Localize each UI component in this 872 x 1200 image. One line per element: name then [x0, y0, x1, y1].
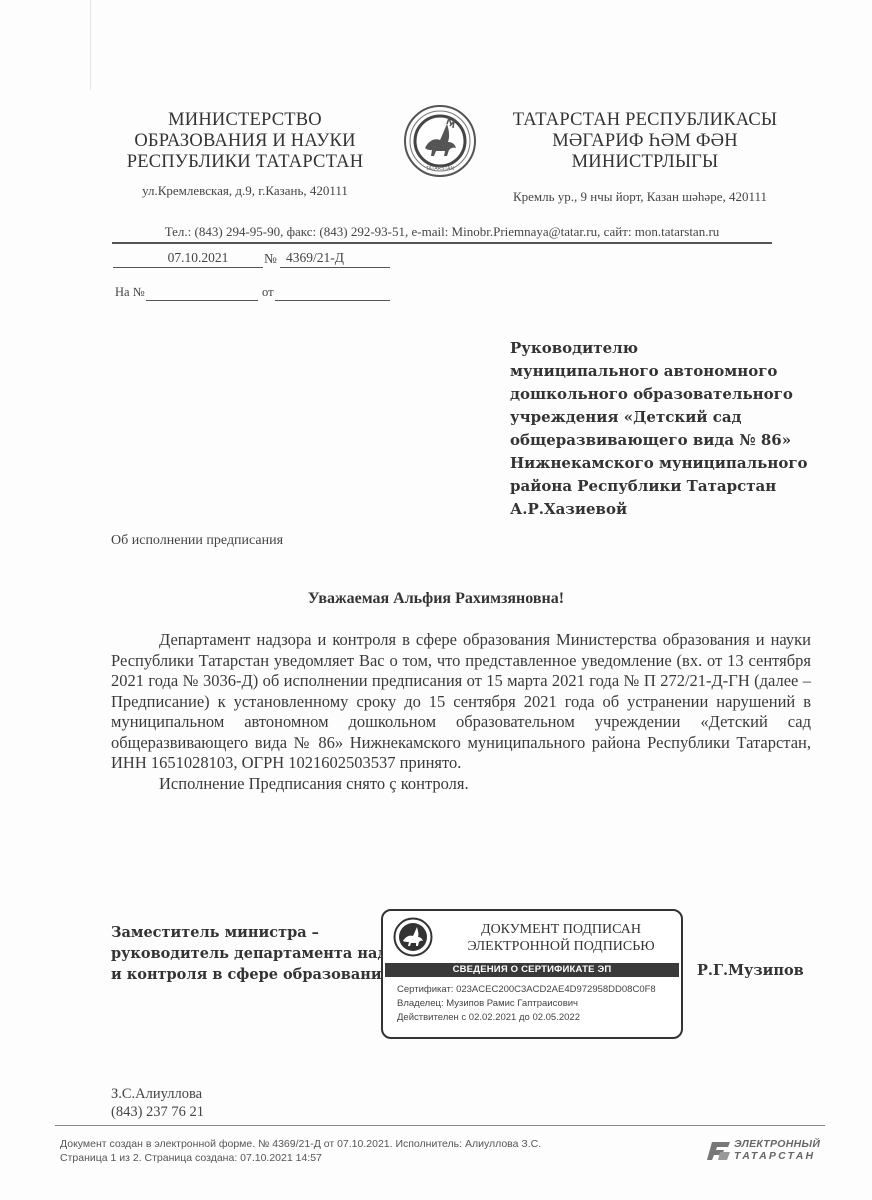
- letter-body: Департамент надзора и контроля в сфере о…: [111, 630, 811, 794]
- body-paragraph: Исполнение Предписания снято ç контроля.: [111, 774, 811, 795]
- letterhead-left-line: РЕСПУБЛИКИ ТАТАРСТАН: [100, 152, 390, 173]
- outgoing-date: 07.10.2021: [113, 250, 263, 268]
- signer-name: Р.Г.Музипов: [697, 962, 804, 979]
- logo-text-line: ТАТАРСТАН: [734, 1150, 820, 1162]
- letter-page: МИНИСТЕРСТВО ОБРАЗОВАНИЯ И НАУКИ РЕСПУБЛ…: [0, 0, 872, 1200]
- letterhead-right-address: Кремль ур., 9 нчы йорт, Казан шәһәре, 42…: [480, 189, 800, 205]
- certificate-number: Сертификат: 023ACEC200C3ACD2AE4D972958DD…: [397, 983, 682, 997]
- addressee-line: муниципального автономного: [510, 360, 820, 383]
- footer-line-page: Страница 1 из 2. Страница создана: 07.10…: [60, 1151, 541, 1165]
- certificate-validity: Действителен с 02.02.2021 до 02.05.2022: [397, 1011, 682, 1025]
- letterhead-left-address: ул.Кремлевская, д.9, г.Казань, 420111: [100, 183, 390, 199]
- signer-title-line: руководитель департамента надзор: [111, 943, 416, 964]
- addressee-line: дошкольного образовательного: [510, 383, 820, 406]
- letterhead-right: ТАТАРСТАН РЕСПУБЛИКАСЫ МӘГАРИФ ҺӘМ ФӘН М…: [490, 110, 800, 173]
- signer-title-line: Заместитель министра –: [111, 922, 416, 943]
- outgoing-number-label: №: [264, 251, 277, 267]
- e-signature-stamp: ДОКУМЕНТ ПОДПИСАН ЭЛЕКТРОННОЙ ПОДПИСЬЮ С…: [381, 909, 683, 1039]
- footer-divider: [55, 1125, 825, 1126]
- logo-text-line: ЭЛЕКТРОННЫЙ: [734, 1138, 820, 1150]
- reply-from-label: от: [262, 285, 274, 300]
- signer-title: Заместитель министра – руководитель депа…: [111, 922, 416, 985]
- letterhead-right-line: ТАТАРСТАН РЕСПУБЛИКАСЫ: [490, 110, 800, 131]
- executor-phone: (843) 237 76 21: [111, 1103, 204, 1121]
- scan-artifact: [90, 0, 91, 90]
- signer-title-line: и контроля в сфере образования: [111, 964, 416, 985]
- addressee-line: А.Р.Хазиевой: [510, 498, 820, 521]
- ministry-contacts: Тел.: (843) 294-95-90, факс: (843) 292-9…: [110, 224, 774, 240]
- tatarstan-coat-of-arms-icon: TATARSTAN: [403, 104, 477, 178]
- footer-info: Документ создан в электронной форме. № 4…: [60, 1137, 541, 1165]
- logo-mark-icon: [706, 1140, 732, 1162]
- letterhead-left-line: МИНИСТЕРСТВО: [100, 110, 390, 131]
- executor-block: З.С.Алиуллова (843) 237 76 21: [111, 1085, 204, 1121]
- reply-to-number-field: [146, 284, 258, 301]
- salutation: Уважаемая Альфия Рахимзяновна!: [100, 590, 772, 608]
- addressee-line: Руководителю: [510, 337, 820, 360]
- footer-line-document: Документ создан в электронной форме. № 4…: [60, 1137, 541, 1151]
- stamp-title-line: ЭЛЕКТРОННОЙ ПОДПИСЬЮ: [443, 938, 679, 955]
- stamp-title: ДОКУМЕНТ ПОДПИСАН ЭЛЕКТРОННОЙ ПОДПИСЬЮ: [443, 921, 679, 955]
- tatarstan-coat-of-arms-icon: [393, 917, 433, 957]
- outgoing-number: 4369/21-Д: [280, 250, 390, 268]
- letterhead-right-line: МИНИСТРЛЫГЫ: [490, 152, 800, 173]
- certificate-info-bar: СВЕДЕНИЯ О СЕРТИФИКАТЕ ЭП: [385, 963, 679, 977]
- body-paragraph: Департамент надзора и контроля в сфере о…: [111, 630, 811, 774]
- letterhead-left-line: ОБРАЗОВАНИЯ И НАУКИ: [100, 131, 390, 152]
- addressee-line: района Республики Татарстан: [510, 475, 820, 498]
- letterhead-divider: [112, 242, 772, 244]
- stamp-title-line: ДОКУМЕНТ ПОДПИСАН: [443, 921, 679, 938]
- letterhead-right-line: МӘГАРИФ ҺӘМ ФӘН: [490, 131, 800, 152]
- letter-subject: Об исполнении предписания: [111, 533, 283, 549]
- certificate-owner: Владелец: Музипов Рамис Гаптраисович: [397, 997, 682, 1011]
- addressee-line: общеразвивающего вида № 86»: [510, 429, 820, 452]
- addressee-line: учреждения «Детский сад: [510, 406, 820, 429]
- addressee-line: Нижнекамского муниципального: [510, 452, 820, 475]
- reply-to-label: На №: [115, 285, 145, 300]
- electronic-tatarstan-logo-icon: ЭЛЕКТРОННЫЙ ТАТАРСТАН: [706, 1138, 816, 1164]
- certificate-details: Сертификат: 023ACEC200C3ACD2AE4D972958DD…: [397, 983, 682, 1025]
- letterhead-left: МИНИСТЕРСТВО ОБРАЗОВАНИЯ И НАУКИ РЕСПУБЛ…: [100, 110, 390, 173]
- logo-text: ЭЛЕКТРОННЫЙ ТАТАРСТАН: [734, 1138, 820, 1162]
- executor-name: З.С.Алиуллова: [111, 1085, 204, 1103]
- addressee-block: Руководителю муниципального автономного …: [510, 337, 820, 521]
- svg-text:TATARSTAN: TATARSTAN: [426, 166, 455, 172]
- reply-from-date-field: [275, 284, 390, 301]
